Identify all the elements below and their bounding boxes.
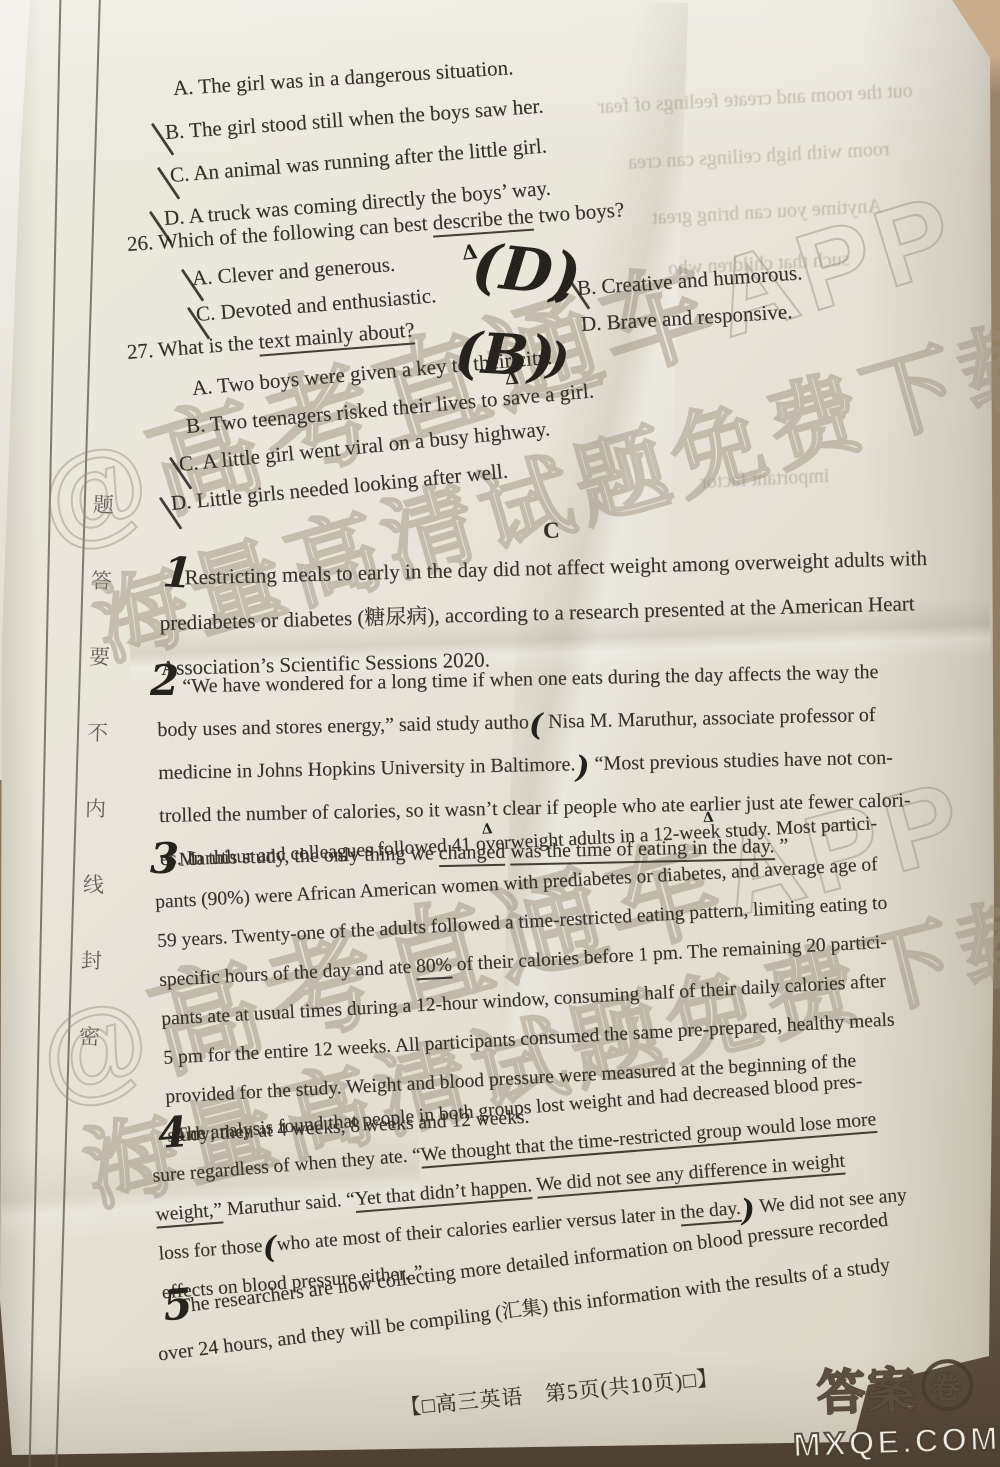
section-c-heading: C [543,517,561,544]
answer-site-logo: 答案卷 MXQE.COM [790,1348,1000,1464]
handwritten-paragraph-number-3: 3 [150,834,179,883]
handwritten-paragraph-number-1: 1 [161,547,194,598]
logo-badge-icon: 卷 [920,1358,974,1412]
handwritten-paragraph-number-5: 5 [161,1279,195,1331]
logo-domain: MXQE.COM [793,1419,1000,1464]
logo-title-text: 答案 [816,1351,918,1423]
handwritten-paragraph-number-4: 4 [156,1107,189,1158]
handwritten-paragraph-number-2: 2 [150,656,179,705]
q26-text-tail: two boys? [532,197,624,227]
handwritten-caret-q27a: Δ [504,368,519,390]
exam-photo-page: 题答要不内线封密 out the room and create feeling… [0,0,1000,1467]
q27-number: 27. [126,338,154,364]
logo-title: 答案卷 [790,1348,1000,1424]
q26-number: 26. [126,230,154,256]
